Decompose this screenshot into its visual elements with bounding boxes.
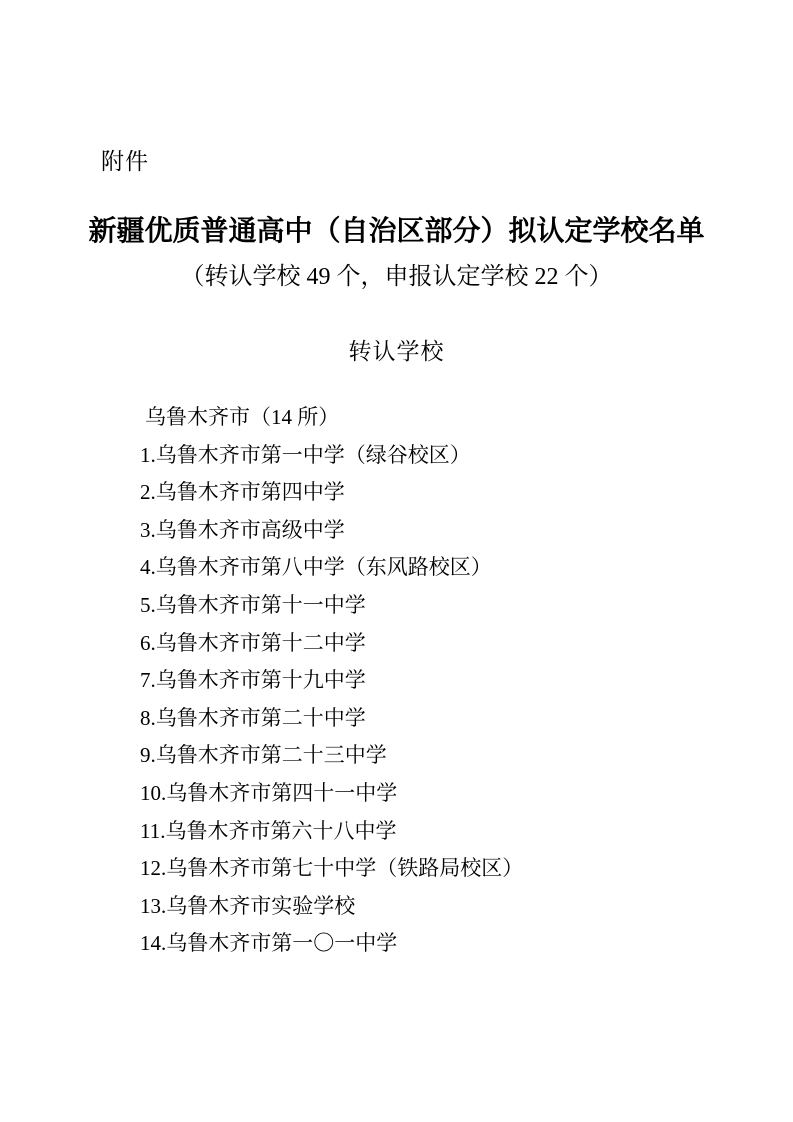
school-list-item: 8.乌鲁木齐市第二十中学	[140, 700, 740, 738]
section-heading-transfer-schools: 转认学校	[0, 333, 793, 366]
document-subtitle: （转认学校 49 个，申报认定学校 22 个）	[0, 256, 793, 291]
school-list-block: 乌鲁木齐市（14 所） 1.乌鲁木齐市第一中学（绿谷校区）2.乌鲁木齐市第四中学…	[140, 399, 740, 963]
school-list-item: 6.乌鲁木齐市第十二中学	[140, 625, 740, 663]
school-list-item: 1.乌鲁木齐市第一中学（绿谷校区）	[140, 437, 740, 475]
school-list-item: 12.乌鲁木齐市第七十中学（铁路局校区）	[140, 850, 740, 888]
school-list-item: 9.乌鲁木齐市第二十三中学	[140, 737, 740, 775]
school-list-item: 3.乌鲁木齐市高级中学	[140, 512, 740, 550]
document-title: 新疆优质普通高中（自治区部分）拟认定学校名单	[0, 209, 793, 249]
school-list-item: 11.乌鲁木齐市第六十八中学	[140, 813, 740, 851]
school-list-item: 5.乌鲁木齐市第十一中学	[140, 587, 740, 625]
school-list-item: 2.乌鲁木齐市第四中学	[140, 474, 740, 512]
city-group-heading: 乌鲁木齐市（14 所）	[140, 399, 740, 437]
attachment-label: 附件	[101, 143, 149, 176]
document-page: 附件 新疆优质普通高中（自治区部分）拟认定学校名单 （转认学校 49 个，申报认…	[0, 0, 793, 1122]
school-list-item: 4.乌鲁木齐市第八中学（东风路校区）	[140, 549, 740, 587]
school-list: 1.乌鲁木齐市第一中学（绿谷校区）2.乌鲁木齐市第四中学3.乌鲁木齐市高级中学4…	[140, 437, 740, 963]
school-list-item: 7.乌鲁木齐市第十九中学	[140, 662, 740, 700]
school-list-item: 14.乌鲁木齐市第一〇一中学	[140, 925, 740, 963]
school-list-item: 10.乌鲁木齐市第四十一中学	[140, 775, 740, 813]
school-list-item: 13.乌鲁木齐市实验学校	[140, 888, 740, 926]
